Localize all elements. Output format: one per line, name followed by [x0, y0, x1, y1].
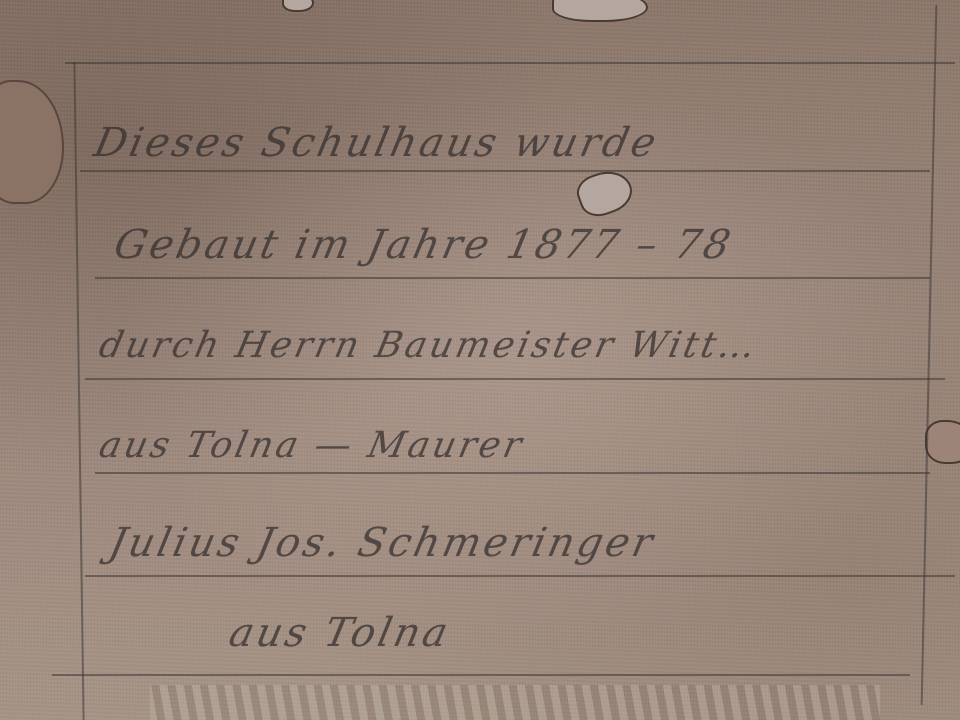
- inscription-line-3: durch Herrn Baumeister Witt…: [96, 325, 762, 366]
- ruled-line: [95, 277, 930, 279]
- ruled-line: [80, 170, 930, 172]
- crumbling-plaster-bottom: [150, 685, 880, 720]
- ruled-line-bottom: [52, 674, 910, 676]
- ruled-line: [85, 575, 955, 577]
- inscription-line-2: Gebaut im Jahre 1877 – 78: [110, 222, 737, 268]
- inscription-line-5: Julius Jos. Schmeringer: [105, 520, 659, 566]
- ruled-line-top: [65, 62, 955, 64]
- ruled-line: [95, 472, 930, 474]
- inscription-line-1: Dieses Schulhaus wurde: [90, 120, 663, 166]
- ruled-line: [85, 378, 945, 380]
- inscription-line-4: aus Tolna — Maurer: [96, 425, 528, 466]
- plaster-chip: [925, 420, 960, 464]
- inscription-line-6: aus Tolna: [225, 610, 455, 656]
